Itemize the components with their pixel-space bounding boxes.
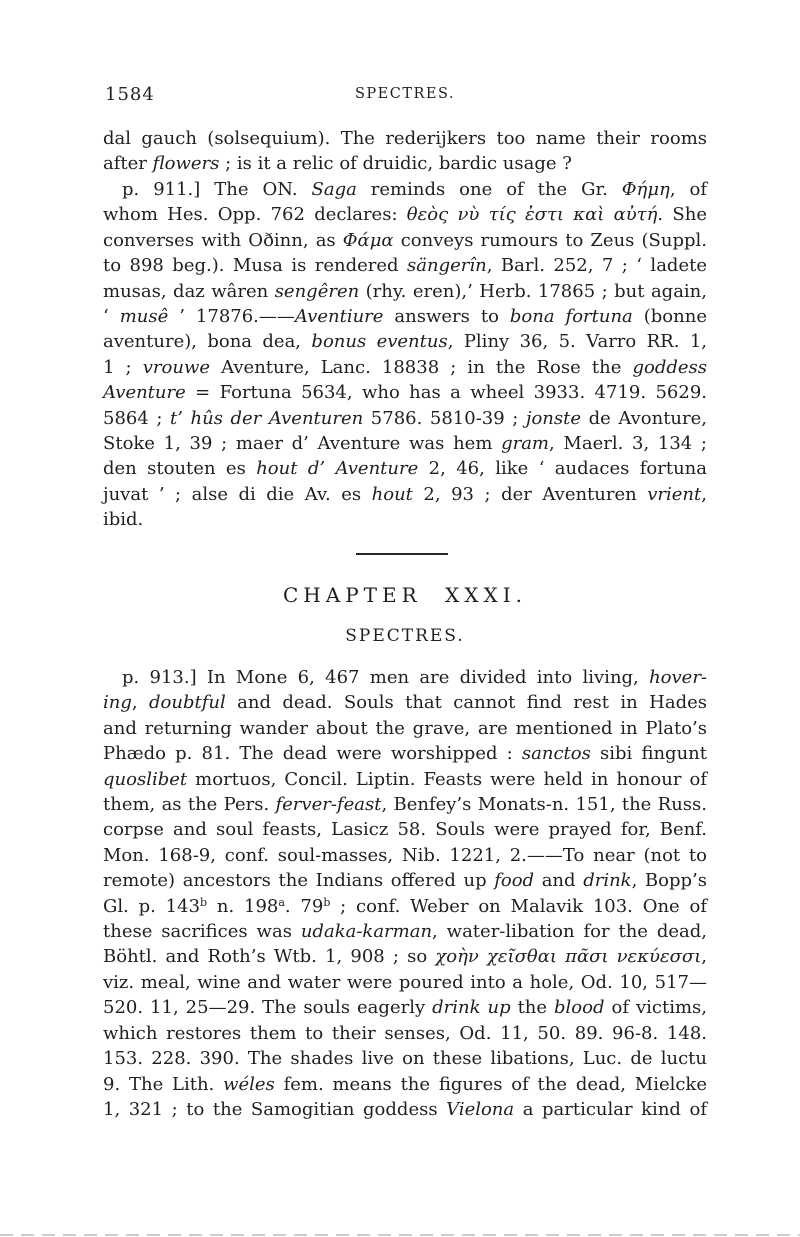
text-line: Stoke 1, 39 ; maer d’ Aventure was hem g…	[103, 431, 707, 456]
text-line: Aventure = Fortuna 5634, who has a wheel…	[103, 380, 707, 405]
text-line: Phædo p. 81. The dead were worshipped : …	[103, 741, 707, 766]
paragraph-continuation: dal gauch (solsequium). The rederijkers …	[103, 126, 707, 177]
text-line: corpse and soul feasts, Lasicz 58. Souls…	[103, 817, 707, 842]
text-line: musas, daz wâren sengêren (rhy. eren),’ …	[103, 279, 707, 304]
scanned-book-page: 1584 SPECTRES. dal gauch (solsequium). T…	[0, 0, 800, 1237]
text-line: remote) ancestors the Indians offered up…	[103, 868, 707, 893]
text-line: viz. meal, wine and water were poured in…	[103, 970, 707, 995]
text-line: Böhtl. and Roth’s Wtb. 1, 908 ; so χοὴν …	[103, 944, 707, 969]
running-head: SPECTRES.	[103, 86, 707, 102]
scan-edge-artifact	[0, 1234, 800, 1236]
text-line: 9. The Lith. wéles fem. means the figure…	[103, 1072, 707, 1097]
text-line: 1, 321 ; to the Samogitian goddess Vielo…	[103, 1097, 707, 1122]
text-line: quoslibet mortuos, Concil. Liptin. Feast…	[103, 767, 707, 792]
text-line: whom Hes. Opp. 762 declares: θεὸς νὺ τίς…	[103, 202, 707, 227]
text-line: aventure), bona dea, bonus eventus, Plin…	[103, 329, 707, 354]
text-line: 153. 228. 390. The shades live on these …	[103, 1046, 707, 1071]
text-line: Mon. 168-9, conf. soul-masses, Nib. 1221…	[103, 843, 707, 868]
text-line: them, as the Pers. ferver-feast, Benfey’…	[103, 792, 707, 817]
text-line: 520. 11, 25—29. The souls eagerly drink …	[103, 995, 707, 1020]
text-line: these sacrifices was udaka-karman, water…	[103, 919, 707, 944]
chapter-subtitle: SPECTRES.	[103, 626, 707, 646]
text-line: to 898 beg.). Musa is rendered sängerîn,…	[103, 253, 707, 278]
text-line: p. 911.] The ON. Saga reminds one of the…	[103, 177, 707, 202]
text-line: which restores them to their senses, Od.…	[103, 1021, 707, 1046]
text-line: converses with Oðinn, as Φάμα conveys ru…	[103, 228, 707, 253]
text-line: Gl. p. 143b n. 198a. 79b ; conf. Weber o…	[103, 894, 707, 919]
paragraph-p911: p. 911.] The ON. Saga reminds one of the…	[103, 177, 707, 533]
chapter-title: CHAPTER XXXI.	[103, 583, 707, 607]
section-divider-rule	[356, 553, 448, 555]
text-line: p. 913.] In Mone 6, 467 men are divided …	[103, 665, 707, 690]
paragraph-p913: p. 913.] In Mone 6, 467 men are divided …	[103, 665, 707, 1122]
text-line: after flowers ; is it a relic of druidic…	[103, 151, 707, 176]
text-line: juvat ’ ; alse di die Av. es hout 2, 93 …	[103, 482, 707, 507]
text-line: 1 ; vrouwe Aventure, Lanc. 18838 ; in th…	[103, 355, 707, 380]
text-line: den stouten es hout d’ Aventure 2, 46, l…	[103, 456, 707, 481]
text-line: ing, doubtful and dead. Souls that canno…	[103, 690, 707, 715]
text-line: and returning wander about the grave, ar…	[103, 716, 707, 741]
text-line: 5864 ; t’ hûs der Aventuren 5786. 5810-3…	[103, 406, 707, 431]
text-line: ‘ musê ’ 17876.——Aventiure answers to bo…	[103, 304, 707, 329]
text-line: ibid.	[103, 507, 707, 532]
page-header: 1584 SPECTRES.	[103, 84, 707, 106]
text-line: dal gauch (solsequium). The rederijkers …	[103, 126, 707, 151]
